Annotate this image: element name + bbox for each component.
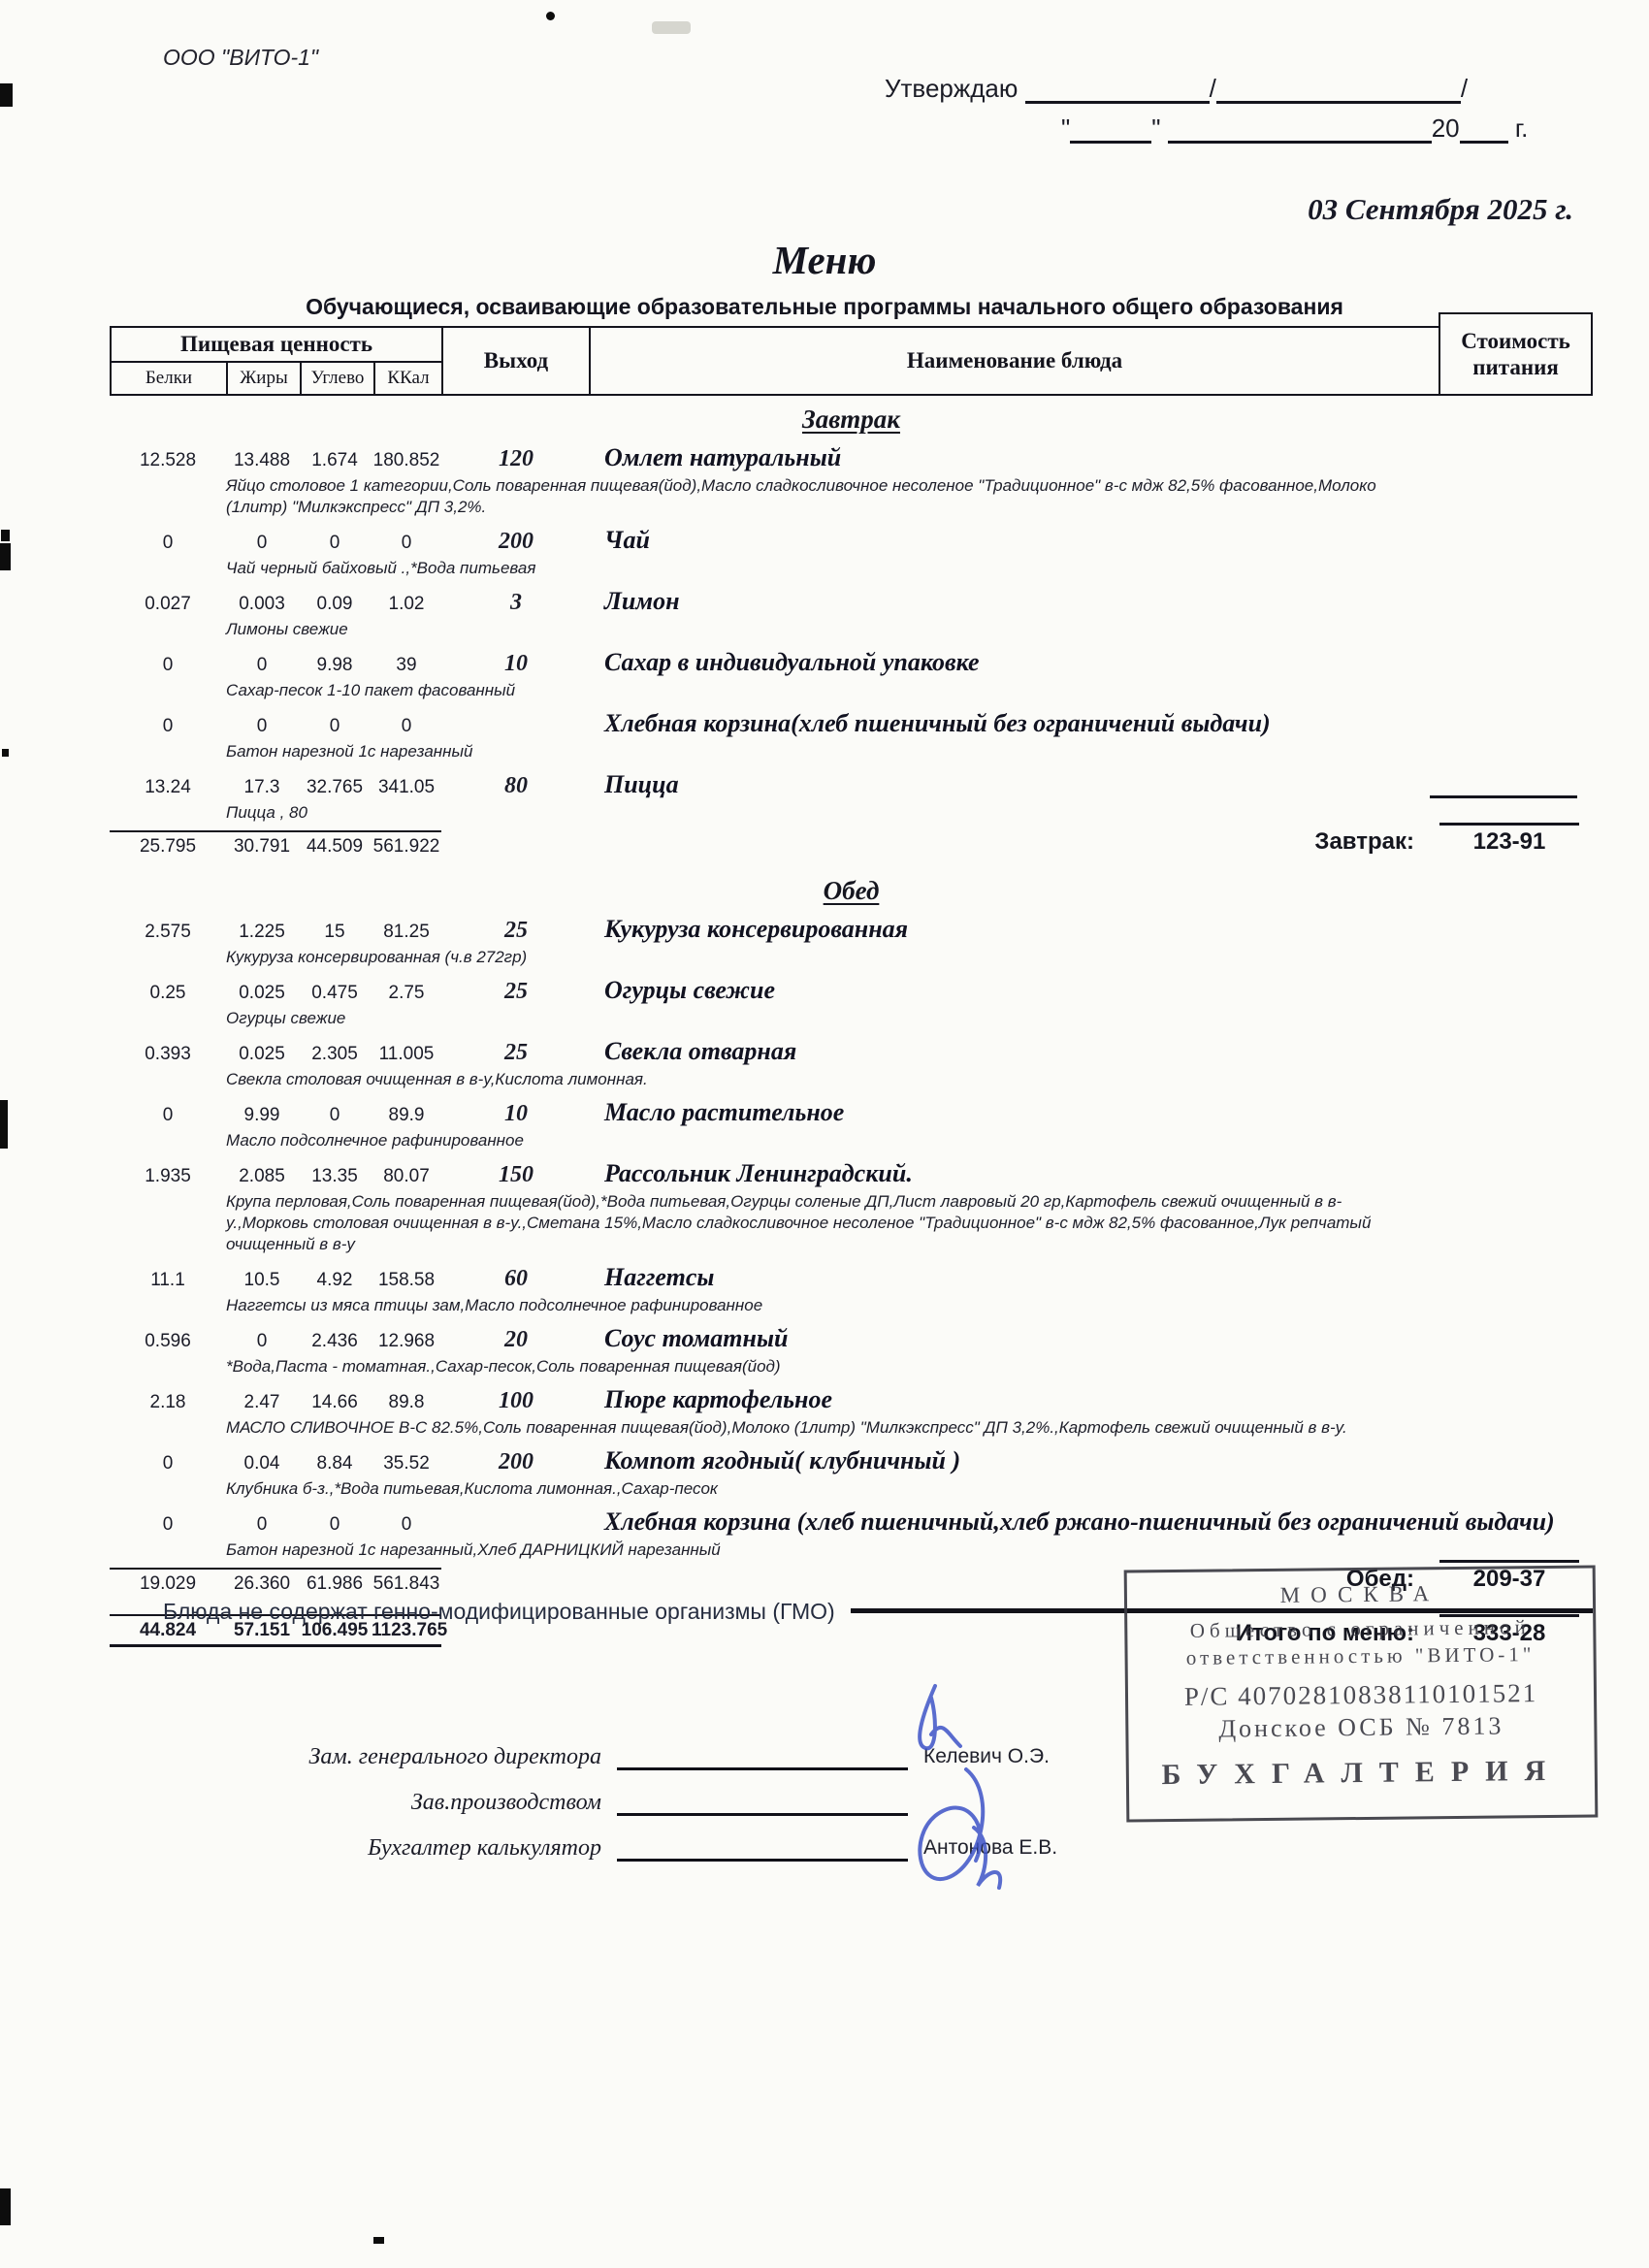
- nutrition-value: 2.085: [226, 1166, 298, 1187]
- section-totals-values: 25.79530.79144.509561.922: [110, 830, 441, 858]
- ingredients-line: Свекла столовая очищенная в в-у,Кислота …: [226, 1069, 1380, 1090]
- nutrition-value: 9.99: [226, 1105, 298, 1126]
- nutrition-value: 2.305: [298, 1044, 372, 1065]
- dish-name: Пюре картофельное: [591, 1384, 1593, 1414]
- dish-name: Лимон: [591, 586, 1593, 616]
- nutrition-value: 4.92: [298, 1270, 372, 1291]
- dish-name: Компот ягодный( клубничный ): [591, 1445, 1593, 1475]
- nutrition-value: 89.8: [372, 1392, 441, 1413]
- dish-row: 0.3930.0252.30511.00525Свекла отварная: [110, 1036, 1593, 1066]
- nutrition-value: 1.225: [226, 922, 298, 943]
- nutrition-value: 0: [226, 1331, 298, 1352]
- stamp-org-line1: Общество с ограниченной: [1127, 1614, 1593, 1643]
- nutrition-value: 81.25: [372, 922, 441, 943]
- nutrition-value: 2.575: [110, 922, 226, 943]
- dish-row: 12.52813.4881.674180.852120Омлет натурал…: [110, 442, 1593, 472]
- dish-name: Кукуруза консервированная: [591, 914, 1593, 944]
- ingredients-line: Огурцы свежие: [226, 1008, 1380, 1029]
- document-date: 03 Сентября 2025 г.: [1308, 192, 1573, 227]
- nutrition-value: 17.3: [226, 777, 298, 798]
- col-header-protein: Белки: [110, 361, 228, 396]
- dish-name: Сахар в индивидуальной упаковке: [591, 647, 1593, 677]
- nutrition-value: 0: [372, 1514, 441, 1536]
- ingredients-line: Крупа перловая,Соль поваренная пищевая(й…: [226, 1191, 1380, 1255]
- totals-value: 26.360: [226, 1573, 298, 1595]
- ingredients-line: МАСЛО СЛИВОЧНОЕ В-С 82.5%,Соль поваренна…: [226, 1417, 1380, 1439]
- dish-row: 009.983910Сахар в индивидуальной упаковк…: [110, 647, 1593, 677]
- ingredients-line: Пицца , 80: [226, 802, 1380, 824]
- nutrition-value: 0.25: [110, 983, 226, 1004]
- scan-artifact: [2, 749, 9, 757]
- nutrition-value: 0: [298, 716, 372, 737]
- nutrition-header: Пищевая ценность: [110, 326, 443, 363]
- approval-date-line: "" 20 г.: [885, 113, 1583, 144]
- scan-artifact: [0, 2188, 11, 2225]
- approval-block: Утверждаю // "" 20 г.: [885, 74, 1583, 144]
- ingredients-line: Сахар-песок 1-10 пакет фасованный: [226, 680, 1380, 701]
- scan-artifact: [373, 2237, 384, 2244]
- totals-value: 19.029: [110, 1573, 226, 1595]
- nutrition-value: 0: [372, 533, 441, 554]
- nutrition-value: 9.98: [298, 655, 372, 676]
- dish-row: 2.182.4714.6689.8100Пюре картофельное: [110, 1384, 1593, 1414]
- dish-row: 13.2417.332.765341.0580Пицца: [110, 769, 1593, 799]
- nutrition-value: 0: [226, 716, 298, 737]
- section-cost-label: Завтрак:: [1314, 828, 1414, 855]
- nutrition-value: 32.765: [298, 777, 372, 798]
- totals-value: 561.843: [372, 1573, 441, 1595]
- stamp-bank: Донское ОСБ № 7813: [1128, 1710, 1594, 1744]
- dish-row: 1.9352.08513.3580.07150Рассольник Ленинг…: [110, 1158, 1593, 1188]
- signature-role: Зав.производством: [231, 1790, 617, 1816]
- section-cost-value: 123-91: [1439, 823, 1579, 856]
- signature-role: Бухгалтер калькулятор: [231, 1835, 617, 1862]
- nutrition-value: 13.488: [226, 450, 298, 471]
- nutrition-value: 1.02: [372, 594, 441, 615]
- nutrition-value: 0: [110, 1514, 226, 1536]
- page-title: Меню: [0, 237, 1649, 283]
- dish-name: Хлебная корзина (хлеб пшеничный,хлеб ржа…: [591, 1507, 1593, 1537]
- dish-name: Огурцы свежие: [591, 975, 1593, 1005]
- scan-artifact: [0, 83, 13, 107]
- nutrition-value: 2.75: [372, 983, 441, 1004]
- menu-document: ООО "ВИТО-1" Утверждаю // "" 20 г. 03 Се…: [0, 0, 1649, 2268]
- nutrition-value: 0.596: [110, 1331, 226, 1352]
- nutrition-value: 0.04: [226, 1453, 298, 1474]
- col-header-cost: Стоимость питания: [1439, 312, 1593, 396]
- signature-blank: [1216, 75, 1461, 104]
- menu-body: Завтрак12.52813.4881.674180.852120Омлет …: [110, 402, 1593, 1657]
- nutrition-value: 0.025: [226, 1044, 298, 1065]
- dish-row: 0.250.0250.4752.7525Огурцы свежие: [110, 975, 1593, 1005]
- nutrition-value: 0: [110, 716, 226, 737]
- dish-name: Соус томатный: [591, 1323, 1593, 1353]
- nutrition-value: 10.5: [226, 1270, 298, 1291]
- dish-row: 00.048.8435.52200Компот ягодный( клубнич…: [110, 1445, 1593, 1475]
- nutrition-value: 0.09: [298, 594, 372, 615]
- output-value: 100: [441, 1388, 591, 1414]
- nutrition-value: 158.58: [372, 1270, 441, 1291]
- dish-name: Чай: [591, 525, 1593, 555]
- nutrition-value: 14.66: [298, 1392, 372, 1413]
- scan-artifact: [0, 1100, 8, 1149]
- table-header: Пищевая ценность Белки Жиры Углево ККал …: [110, 326, 1593, 396]
- scan-artifact: [0, 543, 11, 570]
- accounting-stamp: МОСКВА Общество с ограниченной ответстве…: [1124, 1565, 1599, 1822]
- dish-row: 2.5751.2251581.2525Кукуруза консервирова…: [110, 914, 1593, 944]
- nutrition-value: 0: [110, 1453, 226, 1474]
- totals-value: 44.509: [298, 836, 372, 858]
- gmo-note: Блюда не содержат генно-модифицированные…: [163, 1599, 835, 1625]
- nutrition-value: 2.47: [226, 1392, 298, 1413]
- dish-row: 0000Хлебная корзина(хлеб пшеничный без о…: [110, 708, 1593, 738]
- nutrition-value: 12.528: [110, 450, 226, 471]
- dish-name: Омлет натуральный: [591, 442, 1593, 472]
- scan-artifact: [546, 12, 555, 20]
- nutrition-value: 12.968: [372, 1331, 441, 1352]
- totals-value: 25.795: [110, 836, 226, 858]
- nutrition-value: 15: [298, 922, 372, 943]
- nutrition-value: 0: [298, 1514, 372, 1536]
- output-value: 80: [441, 773, 591, 799]
- dish-row: 0.0270.0030.091.023Лимон: [110, 586, 1593, 616]
- ingredients-line: Батон нарезной 1с нарезанный,Хлеб ДАРНИЦ…: [226, 1539, 1380, 1561]
- output-value: 60: [441, 1266, 591, 1292]
- section-cost-total: Завтрак:123-91: [1314, 823, 1579, 856]
- approval-line: Утверждаю //: [885, 74, 1583, 104]
- nutrition-value: 0.003: [226, 594, 298, 615]
- nutrition-value: 0: [226, 533, 298, 554]
- nutrition-value: 0: [226, 655, 298, 676]
- month-blank: [1168, 114, 1432, 144]
- totals-value: 30.791: [226, 836, 298, 858]
- nutrition-value: 11.1: [110, 1270, 226, 1291]
- nutrition-value: 0: [226, 1514, 298, 1536]
- nutrition-value: 0.027: [110, 594, 226, 615]
- nutrition-value: 80.07: [372, 1166, 441, 1187]
- nutrition-value: 13.24: [110, 777, 226, 798]
- output-value: 3: [441, 590, 591, 616]
- dish-name: Наггетсы: [591, 1262, 1593, 1292]
- nutrition-value: 1.935: [110, 1166, 226, 1187]
- ingredients-line: Кукуруза консервированная (ч.в 272гр): [226, 947, 1380, 968]
- scan-artifact: [1, 530, 10, 541]
- section-title: Завтрак: [110, 404, 1593, 435]
- nutrition-value: 0: [298, 533, 372, 554]
- nutrition-value: 0: [298, 1105, 372, 1126]
- col-header-kcal: ККал: [373, 361, 443, 396]
- scan-artifact: [652, 21, 691, 34]
- nutrition-value: 8.84: [298, 1453, 372, 1474]
- ingredients-line: *Вода,Паста - томатная.,Сахар-песок,Соль…: [226, 1356, 1380, 1377]
- decorative-line: [1430, 795, 1577, 798]
- dish-name: Рассольник Ленинградский.: [591, 1158, 1593, 1188]
- stamp-city: МОСКВА: [1127, 1579, 1593, 1609]
- ingredients-line: Батон нарезной 1с нарезанный: [226, 741, 1380, 762]
- output-value: 25: [441, 1040, 591, 1066]
- totals-value: 61.986: [298, 1573, 372, 1595]
- ingredients-line: Наггетсы из мяса птицы зам,Масло подсолн…: [226, 1295, 1380, 1316]
- page-subtitle: Обучающиеся, осваивающие образовательные…: [0, 294, 1649, 320]
- nutrition-value: 180.852: [372, 450, 441, 471]
- nutrition-value: 89.9: [372, 1105, 441, 1126]
- nutrition-value: 2.436: [298, 1331, 372, 1352]
- stamp-org-line2: ответственностью "ВИТО-1": [1127, 1641, 1593, 1670]
- output-value: 150: [441, 1162, 591, 1188]
- ingredients-line: Чай черный байховый .,*Вода питьевая: [226, 558, 1380, 579]
- output-value: 200: [441, 529, 591, 555]
- output-value: 10: [441, 651, 591, 677]
- ingredients-line: Лимоны свежие: [226, 619, 1380, 640]
- nutrition-value: 0.025: [226, 983, 298, 1004]
- stamp-account: Р/С 40702810838110101521: [1128, 1677, 1594, 1712]
- output-value: 10: [441, 1101, 591, 1127]
- year-blank: [1460, 114, 1508, 144]
- nutrition-value: 0.393: [110, 1044, 226, 1065]
- nutrition-value: 2.18: [110, 1392, 226, 1413]
- output-value: 120: [441, 446, 591, 472]
- nutrition-value: 39: [372, 655, 441, 676]
- dish-name: Масло растительное: [591, 1097, 1593, 1127]
- section-totals-values: 19.02926.36061.986561.843: [110, 1568, 441, 1595]
- ingredients-line: Масло подсолнечное рафинированное: [226, 1130, 1380, 1151]
- signature-blank: [1025, 75, 1210, 104]
- handwritten-signature: [821, 1680, 1092, 1913]
- signature-role: Зам. генерального директора: [231, 1744, 617, 1770]
- dish-name: Свекла отварная: [591, 1036, 1593, 1066]
- section-totals-row: 25.79530.79144.509561.922Завтрак:123-91: [110, 830, 1593, 865]
- date-blank: [1070, 114, 1151, 144]
- output-value: 20: [441, 1327, 591, 1353]
- dish-row: 0000200Чай: [110, 525, 1593, 555]
- nutrition-value: 0: [372, 716, 441, 737]
- totals-value: 561.922: [372, 836, 441, 858]
- col-header-dish: Наименование блюда: [589, 326, 1440, 396]
- nutrition-value: 13.35: [298, 1166, 372, 1187]
- col-header-fat: Жиры: [226, 361, 302, 396]
- nutrition-value: 0: [110, 655, 226, 676]
- nutrition-value: 1.674: [298, 450, 372, 471]
- dish-row: 0000Хлебная корзина (хлеб пшеничный,хлеб…: [110, 1507, 1593, 1537]
- output-value: 200: [441, 1449, 591, 1475]
- output-value: 25: [441, 979, 591, 1005]
- dish-row: 11.110.54.92158.5860Наггетсы: [110, 1262, 1593, 1292]
- nutrition-value: 0: [110, 533, 226, 554]
- dish-name: Хлебная корзина(хлеб пшеничный без огран…: [591, 708, 1593, 738]
- organization-name: ООО "ВИТО-1": [163, 45, 318, 71]
- output-value: 25: [441, 918, 591, 944]
- col-header-output: Выход: [441, 326, 591, 396]
- dish-row: 0.59602.43612.96820Соус томатный: [110, 1323, 1593, 1353]
- nutrition-value: 11.005: [372, 1044, 441, 1065]
- nutrition-value: 0: [110, 1105, 226, 1126]
- ingredients-line: Клубника б-з.,*Вода питьевая,Кислота лим…: [226, 1478, 1380, 1500]
- nutrition-value: 0.475: [298, 983, 372, 1004]
- nutrition-value: 341.05: [372, 777, 441, 798]
- dish-row: 09.99089.910Масло растительное: [110, 1097, 1593, 1127]
- stamp-department: БУХГАЛТЕРИЯ: [1129, 1754, 1595, 1792]
- section-title: Обед: [110, 875, 1593, 906]
- ingredients-line: Яйцо столовое 1 категории,Соль поваренна…: [226, 475, 1380, 518]
- col-header-carbs: Углево: [300, 361, 375, 396]
- nutrition-value: 35.52: [372, 1453, 441, 1474]
- approve-label: Утверждаю: [885, 74, 1018, 103]
